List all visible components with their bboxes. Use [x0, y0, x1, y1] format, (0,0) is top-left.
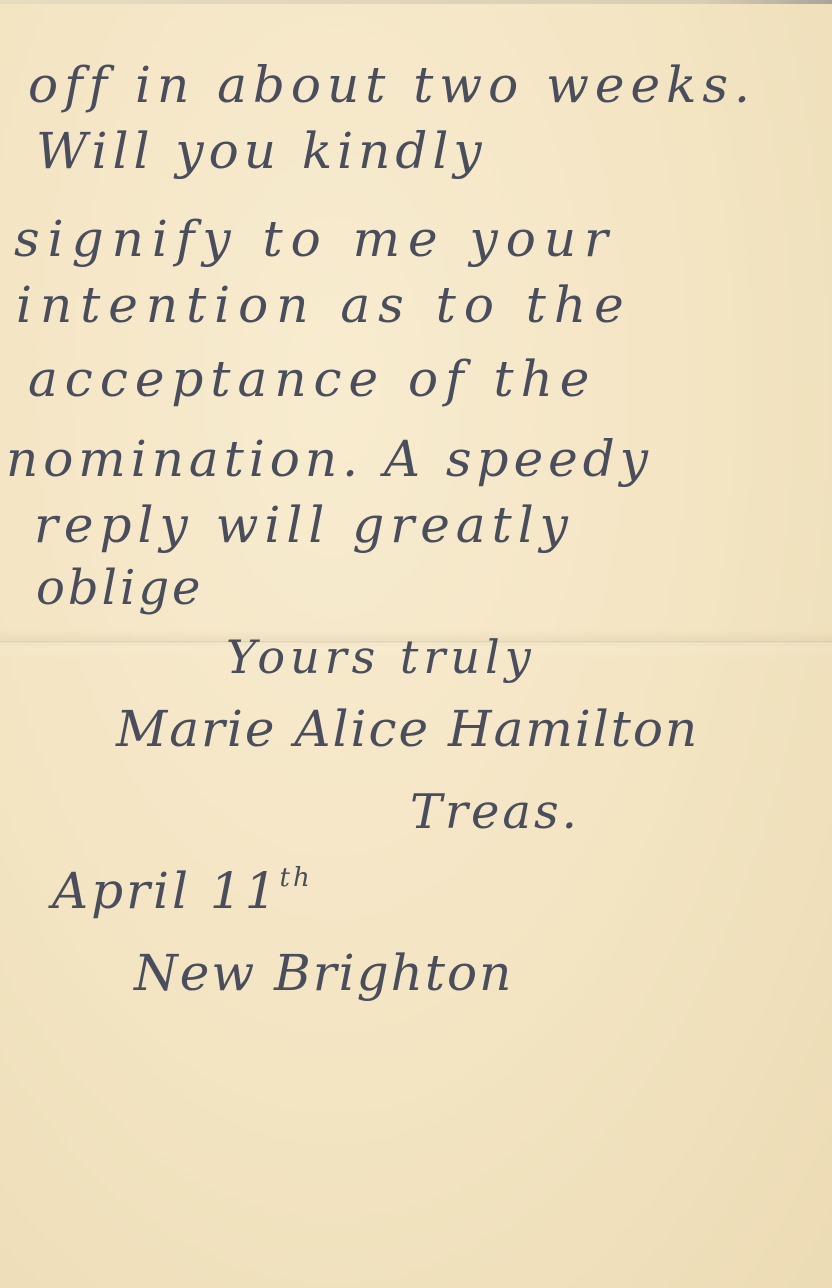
letter-line-7: reply will greatly: [34, 496, 574, 554]
letter-signature: Marie Alice Hamilton: [116, 700, 699, 758]
letter-line-4: intention as to the: [16, 276, 632, 334]
letter-closing: Yours truly: [226, 630, 536, 684]
date-month-day: April 11: [52, 862, 280, 920]
date-suffix: th: [280, 863, 313, 893]
signature-title: Treas.: [410, 784, 580, 840]
paper-top-edge: [0, 0, 832, 4]
letter-line-8: oblige: [36, 560, 203, 616]
letter-line-1: off in about two weeks.: [28, 56, 756, 114]
letter-date: April 11th: [52, 862, 313, 920]
letter-location: New Brighton: [134, 944, 513, 1002]
letter-line-2: Will you kindly: [36, 122, 487, 180]
letter-line-3: signify to me your: [14, 210, 616, 268]
letter-line-6: nomination. A speedy: [6, 430, 653, 488]
letter-page: off in about two weeks. Will you kindly …: [0, 0, 832, 1288]
letter-line-5: acceptance of the: [28, 350, 596, 408]
